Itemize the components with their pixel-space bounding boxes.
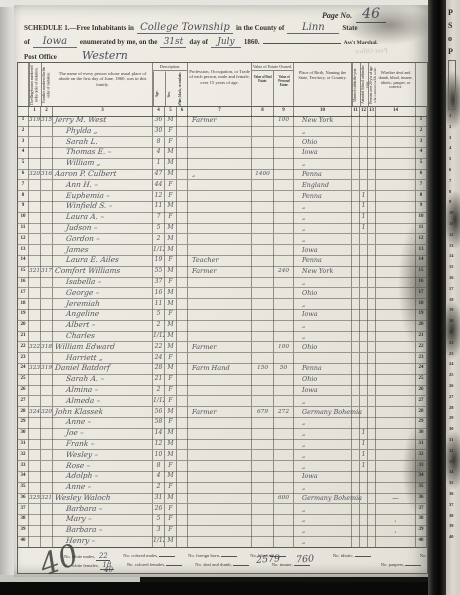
col-birthplace-header: Place of Birth, Naming the State, Territ… xyxy=(294,63,352,107)
cannot-read-tick xyxy=(368,439,376,451)
next-page-row-number: 36 xyxy=(449,491,454,496)
color-value xyxy=(177,137,188,149)
row-number-left: 39 xyxy=(18,525,29,537)
school-tick xyxy=(360,255,368,267)
condition-mark xyxy=(376,299,416,311)
birthplace-value: „ xyxy=(294,504,352,516)
dwelling-number xyxy=(29,471,41,483)
table-row: 21Charles1/12M„21 xyxy=(18,331,427,342)
cannot-read-tick xyxy=(368,234,376,246)
cannot-read-tick xyxy=(368,450,376,462)
school-tick xyxy=(360,169,368,181)
sex-value: M xyxy=(165,115,177,127)
condition-mark xyxy=(376,191,416,203)
age-value: 2 xyxy=(153,385,165,397)
school-tick xyxy=(360,277,368,289)
row-number-right: 29 xyxy=(416,417,427,429)
sex-value: F xyxy=(165,374,177,386)
school-tick xyxy=(360,331,368,343)
dwelling-number xyxy=(29,428,41,440)
personal-estate-value xyxy=(274,158,294,170)
row-number-right: 12 xyxy=(416,234,427,246)
total-real-estate: 2579 xyxy=(256,553,281,566)
footer-stat-label: No. foreign born, xyxy=(188,553,221,558)
table-row: 16Isabella –37F„16 xyxy=(18,277,427,288)
person-name: Jerry M. West xyxy=(53,115,153,127)
next-page-row-number: 32 xyxy=(449,448,454,453)
condition-mark xyxy=(376,126,416,138)
age-value: 16 xyxy=(153,288,165,300)
book-gutter-shadow xyxy=(428,0,446,595)
married-tick xyxy=(352,439,360,451)
birthplace-value: England xyxy=(294,180,352,192)
personal-estate-value: 272 xyxy=(274,407,294,419)
family-number: 315 xyxy=(41,115,53,127)
dwelling-number xyxy=(29,374,41,386)
personal-estate-value xyxy=(274,212,294,224)
row-number-left: 34 xyxy=(18,471,29,483)
personal-estate-value xyxy=(274,147,294,159)
dwelling-number xyxy=(29,147,41,159)
condition-mark xyxy=(376,461,416,473)
next-page-letter: P xyxy=(448,8,453,17)
row-number-left: 8 xyxy=(18,191,29,203)
sex-value: F xyxy=(165,191,177,203)
next-page-row-number: 7 xyxy=(449,178,451,183)
row-number-left: 21 xyxy=(18,331,29,343)
row-number-right: 27 xyxy=(416,396,427,408)
cannot-read-tick xyxy=(368,504,376,516)
birthplace-value: „ xyxy=(294,450,352,462)
married-tick xyxy=(352,385,360,397)
personal-estate-value xyxy=(274,223,294,235)
sex-value: F xyxy=(165,482,177,494)
cannot-read-tick xyxy=(368,363,376,375)
color-value xyxy=(177,536,188,548)
family-number xyxy=(41,374,53,386)
condition-mark xyxy=(376,201,416,213)
real-estate-value xyxy=(252,396,274,408)
dwelling-number: 321 xyxy=(29,266,41,278)
row-number-left: 38 xyxy=(18,514,29,526)
married-tick xyxy=(352,461,360,473)
row-number-right: 35 xyxy=(416,482,427,494)
row-number-right: 24 xyxy=(416,363,427,375)
personal-estate-value xyxy=(274,309,294,321)
next-page-row-number: 20 xyxy=(449,318,454,323)
dwelling-number xyxy=(29,255,41,267)
row-number-right: 6 xyxy=(416,169,427,181)
next-page-column-box xyxy=(448,60,456,110)
table-row: 27Almeda –1/12F„27 xyxy=(18,396,427,407)
birthplace-value: „ xyxy=(294,223,352,235)
dwelling-number xyxy=(29,504,41,516)
condition-mark xyxy=(376,115,416,127)
age-value: 1/12 xyxy=(153,536,165,548)
row-number-left: 28 xyxy=(18,407,29,419)
next-page-row-number: 39 xyxy=(449,523,454,528)
row-number-right: 3 xyxy=(416,137,427,149)
next-page-row-number: 4 xyxy=(449,145,451,150)
married-tick xyxy=(352,288,360,300)
married-tick xyxy=(352,201,360,213)
row-number-left: 7 xyxy=(18,180,29,192)
header-line-2: of Iowa enumerated by me, on the 31st da… xyxy=(24,36,378,48)
family-number: 319 xyxy=(41,363,53,375)
sex-value: M xyxy=(165,158,177,170)
footer-stat-value xyxy=(405,561,421,566)
row-number-left: 10 xyxy=(18,212,29,224)
page-number: Page No. 46 xyxy=(322,6,386,23)
page-no-value: 46 xyxy=(356,6,386,23)
real-estate-value xyxy=(252,266,274,278)
condition-mark xyxy=(376,223,416,235)
row-number-right: 28 xyxy=(416,407,427,419)
personal-estate-value xyxy=(274,234,294,246)
row-number-right: 9 xyxy=(416,201,427,213)
married-tick xyxy=(352,299,360,311)
table-row: 31Frank –12M„131 xyxy=(18,439,427,450)
occupation-value xyxy=(188,461,252,473)
person-name: Wesley Waloch xyxy=(53,493,153,505)
occupation-value xyxy=(188,147,252,159)
total-persons: 40 xyxy=(104,566,113,574)
family-number xyxy=(41,320,53,332)
dwelling-number xyxy=(29,450,41,462)
cannot-read-tick xyxy=(368,514,376,526)
married-tick xyxy=(352,396,360,408)
row-number-right: 13 xyxy=(416,245,427,257)
real-estate-value xyxy=(252,137,274,149)
table-row: 3Sarah L.8FOhio3 xyxy=(18,137,427,148)
person-name: Isabella – xyxy=(53,277,153,289)
school-tick: 1 xyxy=(360,201,368,213)
color-value xyxy=(177,126,188,138)
occupation-value xyxy=(188,493,252,505)
real-estate-value xyxy=(252,223,274,235)
cannot-read-tick xyxy=(368,158,376,170)
married-tick xyxy=(352,525,360,537)
personal-estate-value xyxy=(274,482,294,494)
occupation-value xyxy=(188,201,252,213)
age-value: 21 xyxy=(153,374,165,386)
dwelling-number xyxy=(29,461,41,473)
married-tick xyxy=(352,363,360,375)
personal-estate-value xyxy=(274,396,294,408)
person-name: Aaron P. Culbert xyxy=(53,169,153,181)
occupation-value xyxy=(188,471,252,483)
real-estate-value xyxy=(252,126,274,138)
personal-estate-value xyxy=(274,201,294,213)
condition-mark xyxy=(376,212,416,224)
real-estate-value xyxy=(252,255,274,267)
row-number-right: 19 xyxy=(416,309,427,321)
birthplace-value: „ xyxy=(294,514,352,526)
condition-mark xyxy=(376,245,416,257)
family-number xyxy=(41,353,53,364)
footer-stat-label: No. colored males, xyxy=(123,553,159,558)
personal-estate-value xyxy=(274,126,294,138)
next-page-row-number: 11 xyxy=(449,221,453,226)
row-number-right: 20 xyxy=(416,320,427,332)
personal-estate-value xyxy=(274,299,294,311)
row-number-left: 15 xyxy=(18,266,29,278)
post-office-label: Post Office xyxy=(24,53,57,61)
sex-value: F xyxy=(165,137,177,149)
occupation-value xyxy=(188,482,252,494)
row-number-right: 30 xyxy=(416,428,427,440)
marshal-blank xyxy=(263,37,341,44)
color-value xyxy=(177,169,188,181)
personal-estate-value xyxy=(274,320,294,332)
school-tick xyxy=(360,471,368,483)
person-name: Phylda „ xyxy=(53,126,153,138)
birthplace-value: Ohio xyxy=(294,137,352,149)
footer-stat-value: 22 xyxy=(96,552,110,561)
footer-stat-value xyxy=(221,552,237,557)
sex-value: F xyxy=(165,353,177,364)
next-page-row-number: 2 xyxy=(449,124,451,129)
col-real-estate-header: Value of Real Estate. xyxy=(252,71,274,107)
next-page-row-number: 25 xyxy=(449,372,454,377)
color-value xyxy=(177,471,188,483)
row-number-right: 1 xyxy=(416,115,427,127)
condition-mark xyxy=(376,536,416,548)
occupation-value: Farmer xyxy=(188,266,252,278)
color-value xyxy=(177,277,188,289)
sex-value: M xyxy=(165,471,177,483)
color-value xyxy=(177,407,188,419)
table-row: 11Judson –5M„111 xyxy=(18,223,427,234)
age-value: 2 xyxy=(153,234,165,246)
next-page-row-number: 12 xyxy=(449,232,454,237)
color-value xyxy=(177,191,188,203)
next-page-row-number: 22 xyxy=(449,340,454,345)
dwelling-number xyxy=(29,439,41,451)
footer-stat-value xyxy=(166,561,182,566)
family-number xyxy=(41,277,53,289)
description-group: Description. Age. Sex. Color, White, bla… xyxy=(153,63,188,107)
cannot-read-tick xyxy=(368,353,376,364)
dwelling-number xyxy=(29,385,41,397)
married-tick xyxy=(352,234,360,246)
next-page-row-number: 19 xyxy=(449,307,454,312)
birthplace-value: Penna xyxy=(294,169,352,181)
row-number-left: 16 xyxy=(18,277,29,289)
occupation-value xyxy=(188,525,252,537)
table-row: 9Winfield S. –11M„19 xyxy=(18,201,427,212)
age-value: 1 xyxy=(153,158,165,170)
cannot-read-tick xyxy=(368,396,376,408)
real-estate-value xyxy=(252,342,274,354)
school-tick xyxy=(360,180,368,192)
real-estate-value xyxy=(252,450,274,462)
color-value xyxy=(177,428,188,440)
row-number-left: 5 xyxy=(18,158,29,170)
next-page-row-number: 5 xyxy=(449,156,451,161)
occupation-value xyxy=(188,353,252,364)
personal-estate-value: 50 xyxy=(274,363,294,375)
real-estate-value xyxy=(252,385,274,397)
birthplace-value: Penna xyxy=(294,255,352,267)
table-row: 37Barbara –26F„37 xyxy=(18,504,427,515)
row-number-right: 11 xyxy=(416,223,427,235)
dwelling-number xyxy=(29,320,41,332)
birthplace-value: Iowa xyxy=(294,385,352,397)
row-number-left: 26 xyxy=(18,385,29,397)
next-page-row-number: 17 xyxy=(449,286,454,291)
age-value: 5 xyxy=(153,223,165,235)
school-tick xyxy=(360,245,368,257)
next-page-row-number: 15 xyxy=(449,264,454,269)
personal-estate-value xyxy=(274,471,294,483)
cannot-read-tick xyxy=(368,255,376,267)
personal-estate-value xyxy=(274,331,294,343)
row-number-right: 23 xyxy=(416,353,427,364)
personal-estate-value xyxy=(274,180,294,192)
color-value xyxy=(177,158,188,170)
school-tick xyxy=(360,115,368,127)
cannot-read-tick xyxy=(368,309,376,321)
married-tick xyxy=(352,255,360,267)
dwelling-number xyxy=(29,417,41,429)
table-row: 29Anne –58F„29 xyxy=(18,417,427,428)
occupation-value: Farm Hand xyxy=(188,363,252,375)
school-tick xyxy=(360,126,368,138)
table-row: 5William „1M„5 xyxy=(18,158,427,169)
occupation-value: „ xyxy=(188,169,252,181)
occupation-value xyxy=(188,137,252,149)
condition-mark xyxy=(376,417,416,429)
family-number xyxy=(41,450,53,462)
sex-value: M xyxy=(165,320,177,332)
footer-stat: No. colored males, xyxy=(123,552,175,561)
dwelling-number: 325 xyxy=(29,493,41,505)
married-tick xyxy=(352,191,360,203)
color-value xyxy=(177,493,188,505)
condition-mark xyxy=(376,320,416,332)
family-number xyxy=(41,299,53,311)
next-page-row-number: 37 xyxy=(449,502,454,507)
next-page-row-number: 23 xyxy=(449,351,454,356)
sex-value: F xyxy=(165,126,177,138)
age-value: 1/12 xyxy=(153,331,165,343)
family-number xyxy=(41,137,53,149)
row-number-right: 39 xyxy=(416,525,427,537)
person-name: Albert – xyxy=(53,320,153,332)
family-number xyxy=(41,309,53,321)
age-value: 4 xyxy=(153,147,165,159)
footer-line-2: No. white females, 18No. colored females… xyxy=(64,561,421,570)
person-name: William Edward xyxy=(53,342,153,354)
age-value: 1/12 xyxy=(153,245,165,257)
next-page-row-number: 10 xyxy=(449,210,454,215)
row-number-left: 30 xyxy=(18,428,29,440)
table-row: 35Anne –2F„35 xyxy=(18,482,427,493)
occupation-value xyxy=(188,504,252,516)
footer-stat-value xyxy=(355,552,371,557)
dwelling-number xyxy=(29,201,41,213)
age-value: 55 xyxy=(153,266,165,278)
table-row: 33Rose –8F„133 xyxy=(18,461,427,472)
row-number-left: 1 xyxy=(18,115,29,127)
married-tick xyxy=(352,158,360,170)
real-estate-value xyxy=(252,158,274,170)
color-value xyxy=(177,147,188,159)
row-number-right: 8 xyxy=(416,191,427,203)
color-value xyxy=(177,299,188,311)
age-value: 7 xyxy=(153,212,165,224)
occupation-value xyxy=(188,212,252,224)
real-estate-value xyxy=(252,212,274,224)
cannot-read-tick xyxy=(368,180,376,192)
next-page-row-number: 29 xyxy=(449,415,454,420)
sex-value: M xyxy=(165,439,177,451)
family-number xyxy=(41,147,53,159)
person-name: Gordon – xyxy=(53,234,153,246)
age-value: 2 xyxy=(153,482,165,494)
person-name: George – xyxy=(53,288,153,300)
personal-estate-value: 100 xyxy=(274,115,294,127)
dwelling-number: 323 xyxy=(29,363,41,375)
person-name: Frank – xyxy=(53,439,153,451)
school-tick xyxy=(360,417,368,429)
row-number-right: 32 xyxy=(416,450,427,462)
color-value xyxy=(177,201,188,213)
birthplace-value: New York xyxy=(294,266,352,278)
occupation-value xyxy=(188,277,252,289)
condition-mark xyxy=(376,288,416,300)
color-value xyxy=(177,450,188,462)
personal-estate-value xyxy=(274,137,294,149)
age-value: 10 xyxy=(153,450,165,462)
table-row: 1319315Jerry M. West36MFarmer100New York… xyxy=(18,115,427,126)
sex-value: F xyxy=(165,461,177,473)
row-number-left: 17 xyxy=(18,288,29,300)
footer-stat-value xyxy=(233,561,249,566)
school-tick xyxy=(360,158,368,170)
birthplace-value: „ xyxy=(294,234,352,246)
sex-value: M xyxy=(165,299,177,311)
occupation-value xyxy=(188,288,252,300)
married-tick xyxy=(352,450,360,462)
family-number xyxy=(41,385,53,397)
birthplace-value: Germany Bohemia xyxy=(294,493,352,505)
color-value xyxy=(177,353,188,364)
row-number-right: 2 xyxy=(416,126,427,138)
married-tick xyxy=(352,504,360,516)
real-estate-value xyxy=(252,309,274,321)
row-number-left: 24 xyxy=(18,363,29,375)
row-number-left: 3 xyxy=(18,137,29,149)
marshal-label: Ass't Marshal. xyxy=(344,40,378,46)
scan-bottom-edge xyxy=(0,582,460,595)
condition-mark xyxy=(376,137,416,149)
birthplace-value: Penna xyxy=(294,191,352,203)
row-number-left: 35 xyxy=(18,482,29,494)
sex-value: M xyxy=(165,245,177,257)
occupation-value xyxy=(188,331,252,343)
school-tick xyxy=(360,385,368,397)
sex-value: F xyxy=(165,180,177,192)
real-estate-value xyxy=(252,428,274,440)
person-name: Almina – xyxy=(53,385,153,397)
sex-value: F xyxy=(165,525,177,537)
color-value xyxy=(177,331,188,343)
birthplace-value: „ xyxy=(294,201,352,213)
cannot-read-tick xyxy=(368,374,376,386)
birthplace-value: Iowa xyxy=(294,309,352,321)
